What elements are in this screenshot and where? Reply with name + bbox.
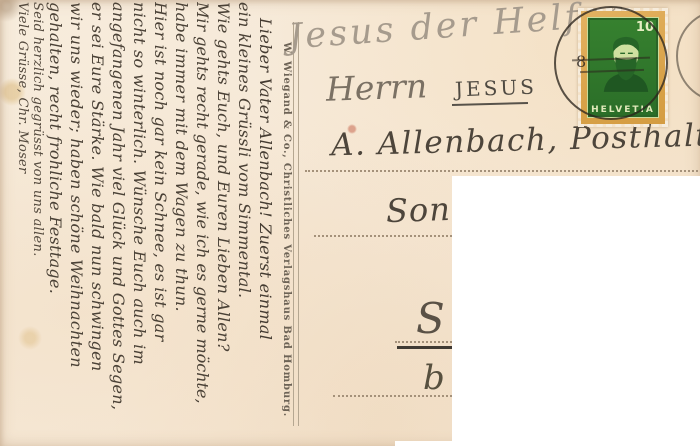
message-line: Hier ist noch gar kein Schnee, es ist ga…	[150, 2, 171, 446]
postmark-circle: 8	[554, 6, 668, 120]
message-line: angefangenen Jahr viel Glück und Gottes …	[108, 2, 129, 446]
message-line: wir uns wieder; haben schöne Weihnachten	[66, 2, 87, 446]
message-text: Lieber Vater Allenbach! Zuerst einmalein…	[0, 2, 276, 446]
message-line: Wie gehts Euch, und Euren Lieben Allen?	[213, 2, 234, 446]
postmark-bar	[580, 69, 644, 73]
divider-double-rule	[293, 22, 299, 426]
message-line: er sei Eure Stärke. Wie bald nun schwing…	[87, 2, 108, 446]
publisher-imprint: W. Wiegand & Co., Christliches Verlagsha…	[277, 42, 292, 425]
ink-strike-line	[397, 346, 452, 349]
message-line: gehalten, recht frohliche Festtage.	[45, 2, 66, 446]
postcard-scan: Lieber Vater Allenbach! Zuerst einmalein…	[0, 0, 700, 446]
address-salutation: Herrn	[325, 66, 427, 109]
address-ruled-line-4	[333, 395, 452, 397]
message-line: Viele Grüsse, Chr. Moser	[15, 2, 30, 446]
address-ruled-line-3	[395, 341, 452, 343]
address-place-partial: Son	[385, 190, 451, 230]
message-line: nicht so winterlich. Wünsche Euch auch i…	[129, 2, 150, 446]
message-line: Mir gehts recht gerade, wie ich es gerne…	[192, 2, 213, 446]
jesus-ink-annotation: JESUS	[455, 75, 538, 102]
message-line: ein kleines Grüssli vom Simmental.	[234, 2, 255, 446]
address-line3-initial: S	[416, 294, 445, 343]
postmark-date-fragment: 8	[576, 52, 586, 71]
address-ruled-line-2	[314, 235, 452, 237]
message-line: Seid herzlich gegrüsst von uns allen.	[30, 2, 45, 446]
scan-cutoff-sliver	[395, 441, 452, 446]
message-line: habe immer mit dem Wagen zu thun.	[171, 2, 192, 446]
address-ruled-line-1	[305, 170, 698, 172]
message-line: Lieber Vater Allenbach! Zuerst einmal	[255, 2, 276, 446]
address-line4-initial: b	[423, 358, 445, 398]
scan-cutoff-area	[452, 176, 700, 446]
